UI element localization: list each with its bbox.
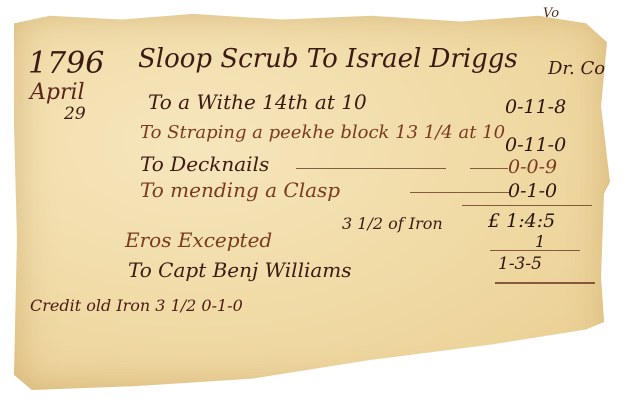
total-rule: [490, 250, 580, 251]
credit-note: Credit old Iron 3 1/2 0-1-0: [30, 296, 243, 315]
total: 1-3-5: [498, 254, 542, 274]
total-underline: [495, 282, 595, 284]
line-item-2-amount: 0-11-0: [505, 134, 566, 156]
line-item-1-desc: To a Withe 14th at 10: [148, 90, 367, 114]
year: 1796: [28, 46, 104, 81]
line-item-3-desc: To Decknails: [140, 152, 269, 176]
leader-line-3b: [470, 168, 508, 169]
month: April: [30, 80, 85, 105]
leader-line-4: [410, 192, 510, 193]
dr-co: Dr. Co: [548, 58, 605, 79]
line-item-4-desc: To mending a Clasp: [140, 178, 340, 202]
line-item-1-amount: 0-11-8: [505, 96, 566, 118]
errors-excepted: Eros Excepted: [125, 228, 272, 252]
leader-line-3: [296, 168, 446, 169]
subtotal-rule: [462, 205, 592, 206]
line-item-3-amount: 0-0-9: [508, 156, 557, 178]
receipt-title: Sloop Scrub To Israel Driggs: [138, 44, 518, 74]
subtotal: £ 1:4:5: [488, 210, 555, 232]
top-mark: Vo: [543, 6, 559, 21]
deduction-label: 3 1/2 of Iron: [342, 214, 443, 233]
day: 29: [64, 104, 86, 124]
line-item-4-amount: 0-1-0: [508, 180, 557, 202]
line-item-2-desc: To Straping a peekhe block 13 1/4 at 10: [140, 122, 505, 143]
deduction: 1: [535, 232, 545, 251]
to-whom: To Capt Benj Williams: [128, 258, 352, 282]
